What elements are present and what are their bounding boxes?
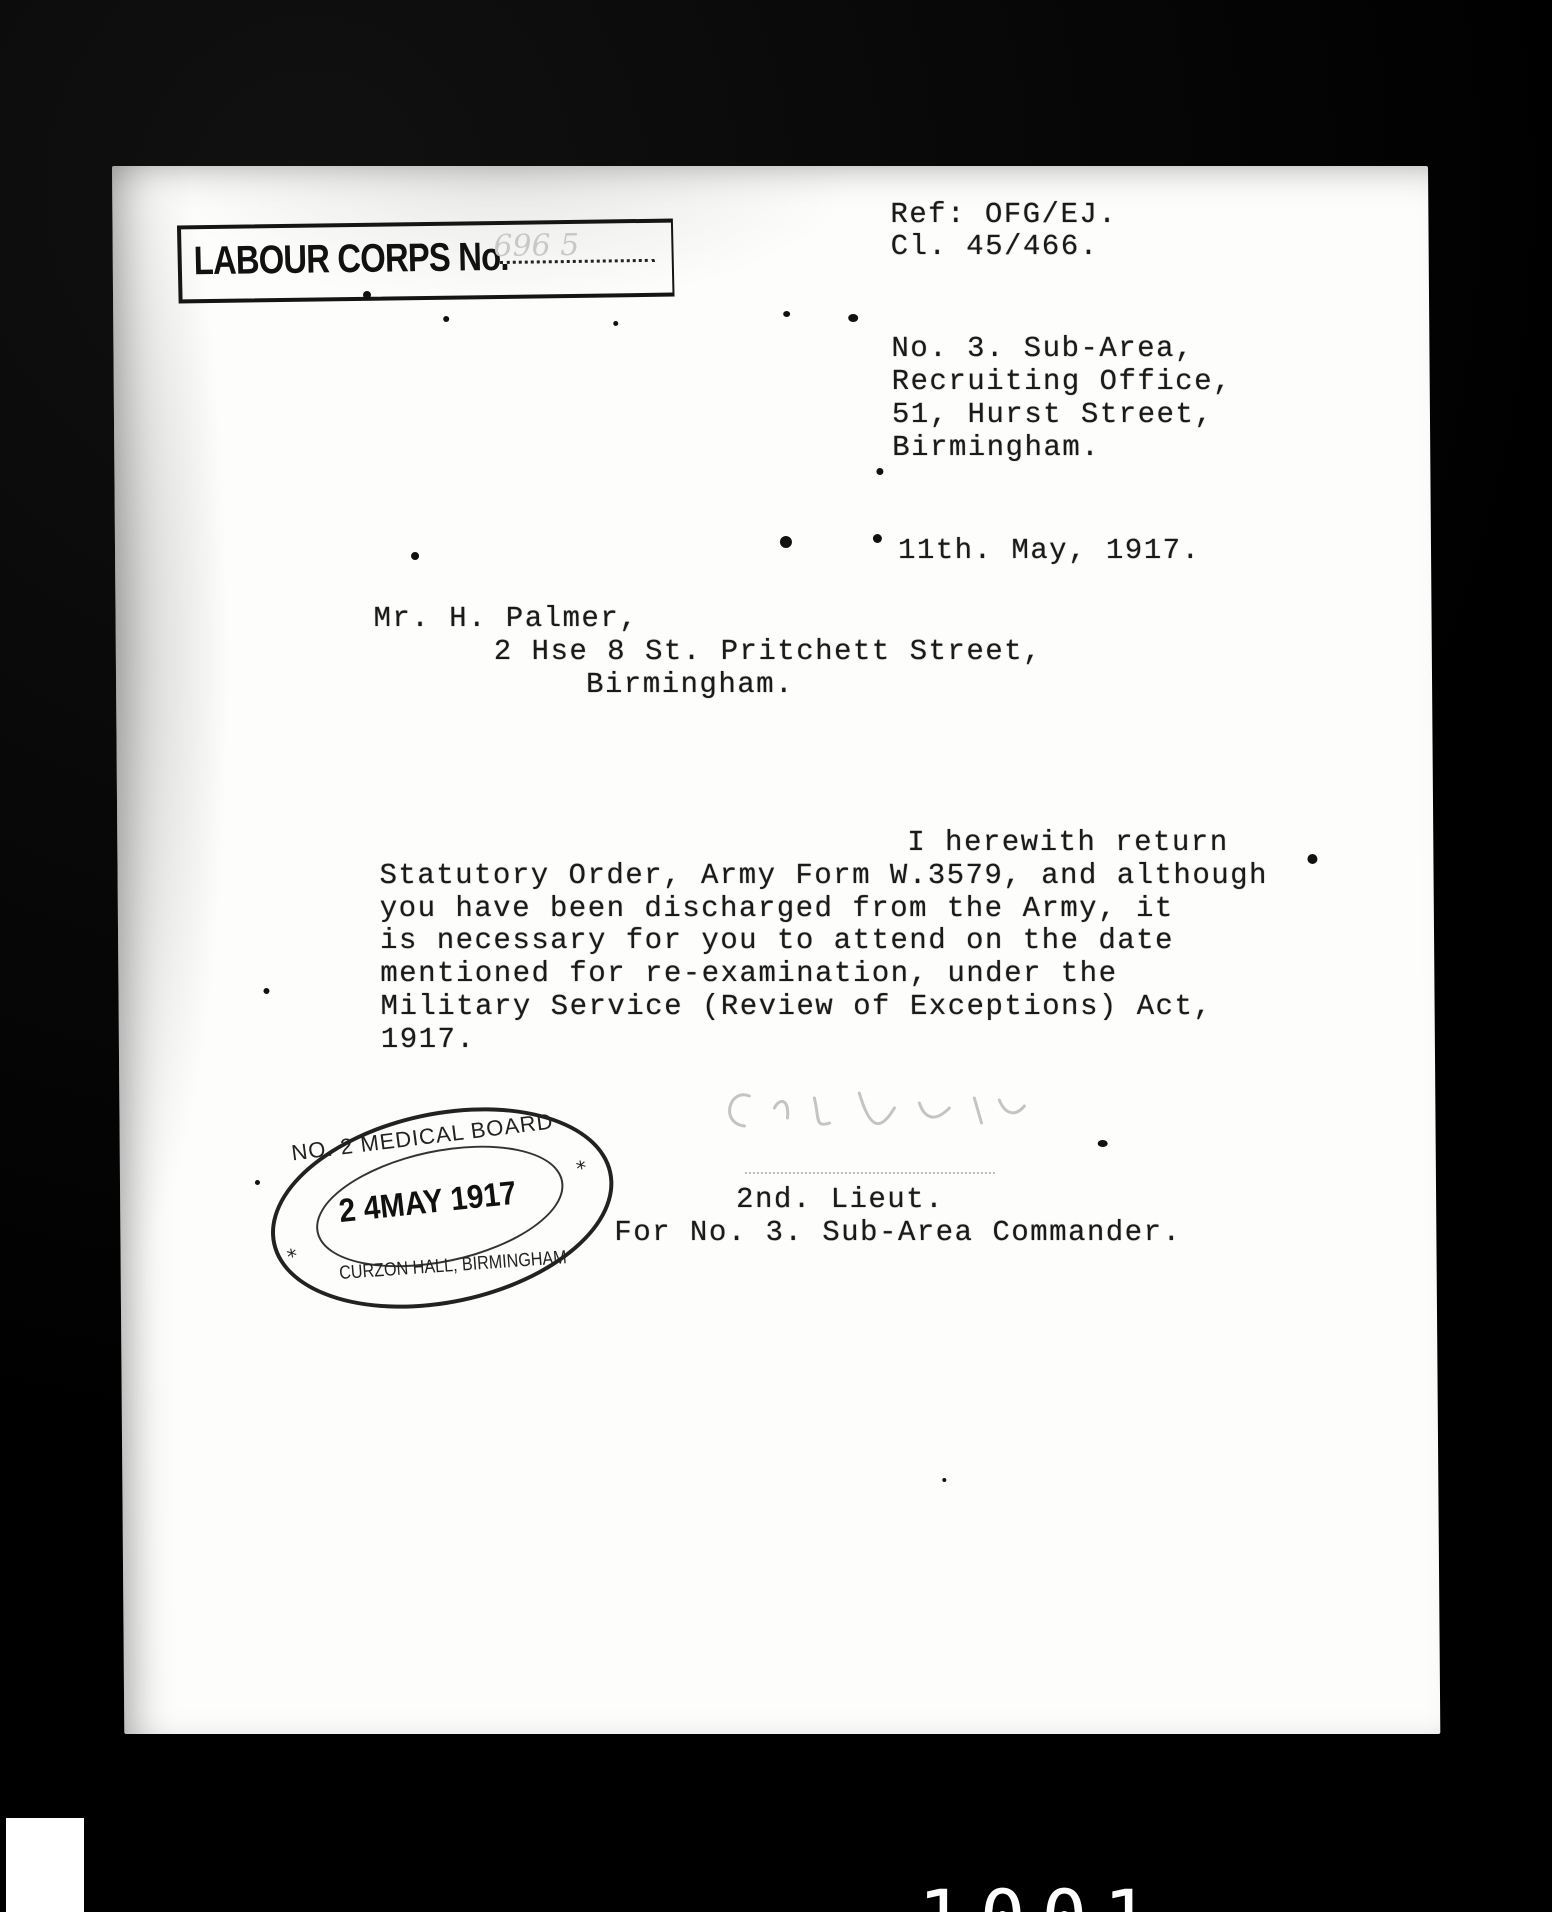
body-line: Military Service (Review of Exceptions) … [380, 990, 1212, 1024]
body-line: mentioned for re-examination, under the [380, 957, 1117, 991]
ink-speck [443, 316, 449, 322]
ink-speck [1098, 1140, 1108, 1147]
body-line: 1917. [381, 1023, 476, 1057]
labour-corps-stamp: LABOUR CORPS No. 696 5 [177, 219, 675, 304]
reference-line-2: Cl. 45/466. [891, 230, 1099, 264]
ink-speck [263, 988, 269, 994]
reference-line-1: Ref: OFG/EJ. [890, 198, 1117, 232]
body-line: Statutory Order, Army Form W.3579, and a… [379, 859, 1268, 893]
ink-speck [363, 291, 371, 299]
ink-speck [411, 552, 419, 560]
film-label-card [6, 1818, 84, 1912]
body-line: you have been discharged from the Army, … [380, 892, 1174, 926]
letter-date: 11th. May, 1917. [898, 534, 1201, 568]
recipient-name: Mr. H. Palmer, [373, 602, 638, 636]
star-icon: * [574, 1155, 589, 1181]
sender-address-line: No. 3. Sub-Area, [891, 332, 1194, 366]
ink-speck [942, 1478, 946, 1482]
ink-speck [1307, 854, 1317, 864]
recipient-city: Birmingham. [586, 668, 794, 702]
letter-page: LABOUR CORPS No. 696 5 Ref: OFG/EJ. Cl. … [112, 166, 1440, 1734]
sender-address-line: Recruiting Office, [892, 365, 1233, 399]
sender-address-line: 51, Hurst Street, [892, 398, 1214, 432]
film-frame-number: 1001 [918, 1880, 1165, 1912]
sender-address-line: Birmingham. [892, 431, 1100, 465]
recipient-street: 2 Hse 8 St. Pritchett Street, [494, 635, 1042, 669]
ink-speck [780, 536, 792, 548]
ink-speck [255, 1180, 260, 1185]
ink-speck [848, 314, 858, 322]
body-line: I herewith return [907, 826, 1229, 860]
signatory-rank: 2nd. Lieut. [736, 1183, 944, 1217]
ink-speck [876, 468, 883, 475]
labour-corps-handwritten-number: 696 5 [493, 228, 580, 264]
medical-board-stamp: NO. 2 MEDICAL BOARD 2 4MAY 1917 CURZON H… [252, 1078, 633, 1338]
body-line: is necessary for you to attend on the da… [380, 924, 1174, 958]
handwritten-signature [719, 1078, 1050, 1148]
ink-speck [783, 311, 790, 317]
ink-speck [873, 534, 882, 543]
signatory-for-line: For No. 3. Sub-Area Commander. [614, 1216, 1181, 1250]
signature-line [745, 1172, 995, 1174]
star-icon: * [285, 1244, 300, 1270]
ink-speck [613, 321, 618, 326]
labour-corps-label: LABOUR CORPS No. [193, 235, 509, 284]
